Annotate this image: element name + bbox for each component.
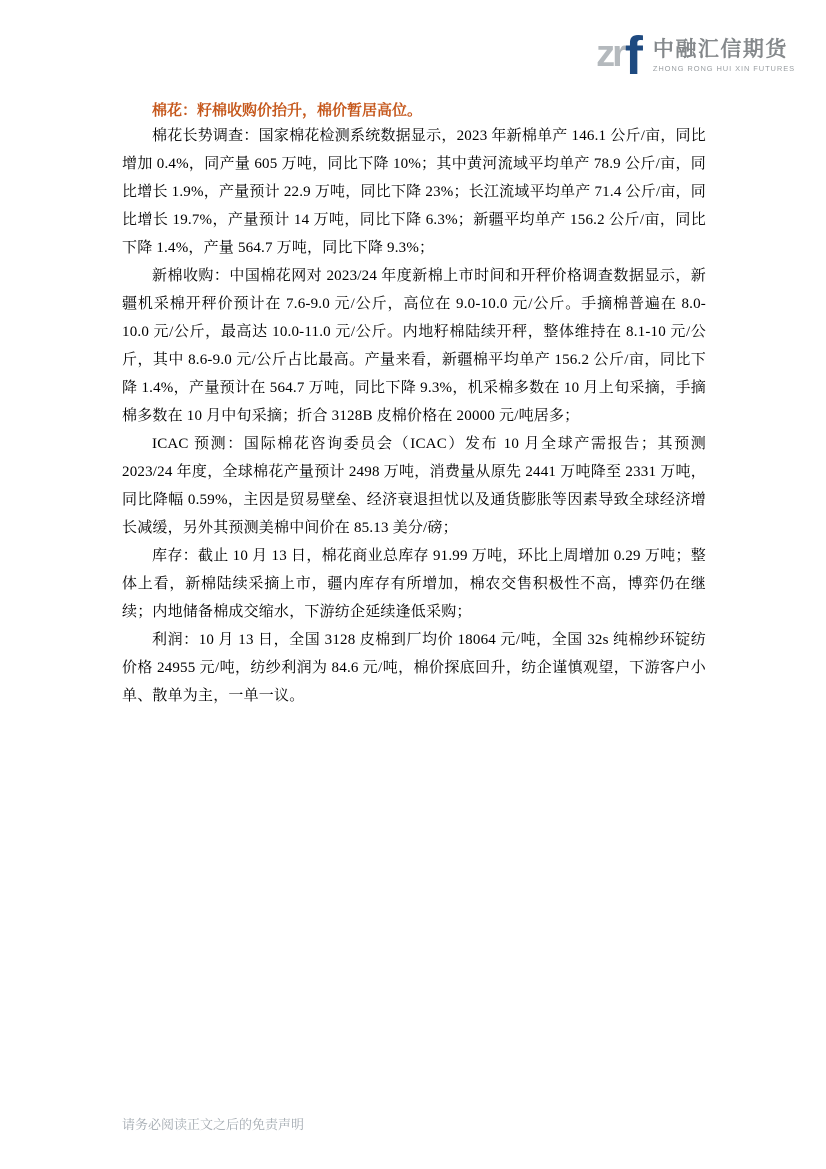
company-name-block: 中融汇信期货 ZHONG RONG HUI XIN FUTURES	[653, 38, 795, 75]
company-name-chinese: 中融汇信期货	[653, 38, 795, 61]
report-paragraph-inventory: 库存：截止 10 月 13 日，棉花商业总库存 91.99 万吨，环比上周增加 …	[122, 542, 706, 626]
report-page: zr f 中融汇信期货 ZHONG RONG HUI XIN FUTURES 棉…	[0, 0, 826, 1169]
zrf-logo-mark: zr f	[596, 34, 643, 78]
footer-disclaimer: 请务必阅读正文之后的免责声明	[122, 1115, 304, 1135]
logo-letter-f: f	[625, 34, 643, 78]
report-content: 棉花：籽棉收购价抬升，棉价暂居高位。 棉花长势调查：国家棉花检测系统数据显示，2…	[122, 100, 706, 710]
report-paragraph-profit: 利润：10 月 13 日，全国 3128 皮棉到厂均价 18064 元/吨，全国…	[122, 626, 706, 710]
company-logo: zr f 中融汇信期货 ZHONG RONG HUI XIN FUTURES	[596, 34, 795, 78]
report-paragraph-growth-survey: 棉花长势调查：国家棉花检测系统数据显示，2023 年新棉单产 146.1 公斤/…	[122, 122, 706, 262]
report-paragraph-new-cotton-purchase: 新棉收购：中国棉花网对 2023/24 年度新棉上市时间和开秤价格调查数据显示，…	[122, 262, 706, 430]
logo-letters-zr: zr	[596, 35, 624, 78]
report-heading: 棉花：籽棉收购价抬升，棉价暂居高位。	[122, 100, 706, 122]
report-paragraph-icac-forecast: ICAC 预测：国际棉花咨询委员会（ICAC）发布 10 月全球产需报告；其预测…	[122, 430, 706, 542]
company-name-english: ZHONG RONG HUI XIN FUTURES	[653, 64, 795, 73]
